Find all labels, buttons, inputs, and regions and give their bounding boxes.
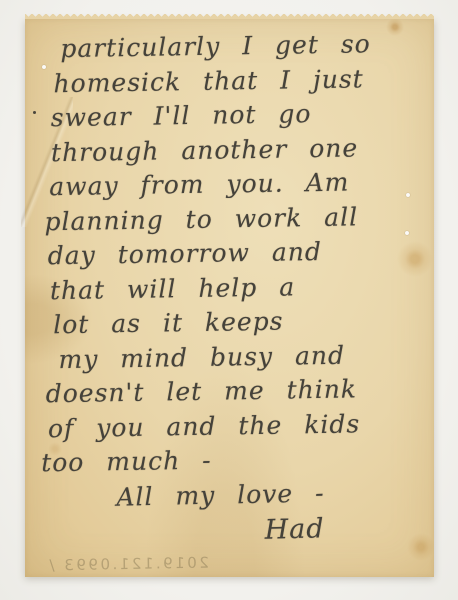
letter-line: lot as it keeps (53, 302, 428, 342)
letter-line: through another one (51, 130, 427, 170)
accession-number-mirrored: 2019.121.0993 / (47, 554, 209, 575)
letter-signature: Had (264, 510, 430, 549)
letter-line: doesn't let me think (45, 371, 428, 412)
letter-line: swear I'll not go (51, 95, 427, 135)
scan-background: particularly I get so homesick that I ju… (0, 0, 458, 600)
letter-line: day tomorrow and (47, 233, 427, 273)
letter-paper: particularly I get so homesick that I ju… (25, 19, 434, 577)
letter-line: particularly I get so (60, 26, 426, 66)
letter-line: that will help a (50, 268, 428, 308)
letter-text: particularly I get so homesick that I ju… (23, 30, 430, 550)
letter-closing: All my love - (116, 474, 430, 515)
perforated-top-edge (25, 14, 434, 19)
letter-line: away from you. Am (49, 164, 427, 204)
letter-line: homesick that I just (53, 61, 426, 101)
